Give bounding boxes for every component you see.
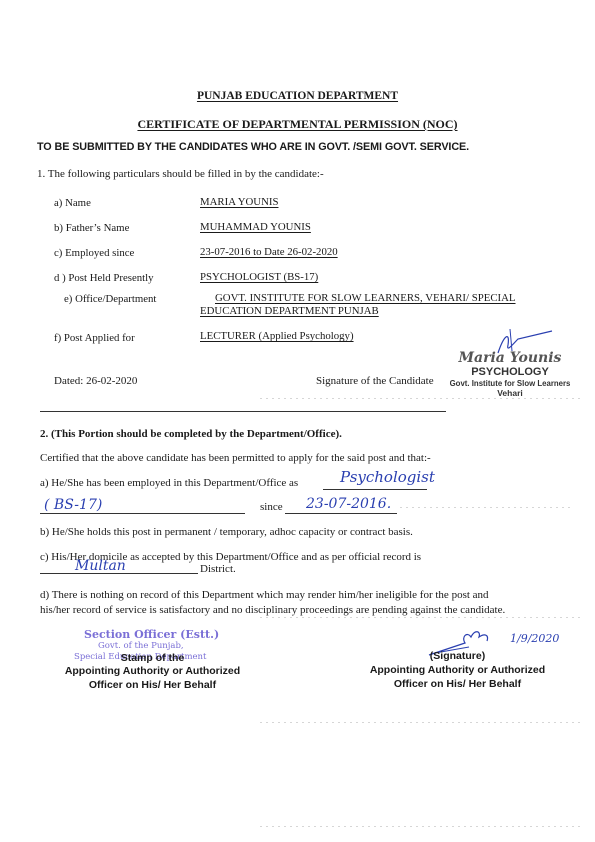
scan-noise: [260, 617, 580, 618]
left-authority-label: Appointing Authority or Authorized: [40, 665, 265, 677]
handwritten-grade: ( BS-17): [44, 497, 102, 513]
handwritten-post: Psychologist: [340, 468, 435, 486]
clause-d-line2: his/her record of service is satisfactor…: [40, 604, 505, 616]
stamp-designation: PSYCHOLOGY: [440, 366, 580, 378]
section2-heading: 2. (This Portion should be completed by …: [40, 428, 342, 440]
field-value-employed-since: 23-07-2016 to Date 26-02-2020: [200, 246, 338, 258]
stamp-institute: Govt. Institute for Slow Learners: [446, 378, 575, 388]
stamp-city: Vehari: [440, 388, 580, 398]
handwritten-date: 23-07-2016.: [306, 496, 391, 512]
field-value-father-name: MUHAMMAD YOUNIS: [200, 221, 311, 233]
submission-subheading: TO BE SUBMITTED BY THE CANDIDATES WHO AR…: [37, 141, 469, 153]
stamp-line-officer: Section Officer (Estt.): [84, 628, 219, 641]
stamp-label: Stamp of the: [40, 652, 265, 664]
field-label-employed-since: c) Employed since: [54, 247, 134, 259]
section-divider: [40, 411, 446, 412]
scan-noise: [260, 722, 580, 723]
field-label-post-applied: f) Post Applied for: [54, 332, 135, 344]
stamp-line-govt: Govt. of the Punjab,: [98, 641, 184, 651]
field-label-office: e) Office/Department: [64, 293, 156, 305]
clause-a-date-line: [285, 513, 397, 514]
district-label: District.: [200, 563, 236, 575]
scan-noise: [260, 398, 580, 399]
certificate-title: CERTIFICATE OF DEPARTMENTAL PERMISSION (…: [0, 117, 595, 132]
clause-a-text: a) He/She has been employed in this Depa…: [40, 477, 298, 489]
field-label-father-name: b) Father’s Name: [54, 222, 129, 234]
clause-a-grade-line: [40, 513, 245, 514]
certified-text: Certified that the above candidate has b…: [40, 452, 431, 464]
scan-noise: [400, 507, 570, 508]
field-value-name: MARIA YOUNIS: [200, 196, 278, 208]
department-title: PUNJAB EDUCATION DEPARTMENT: [0, 90, 595, 102]
field-value-office-line1: GOVT. INSTITUTE FOR SLOW LEARNERS, VEHAR…: [215, 292, 516, 304]
handwritten-district: Multan: [75, 558, 126, 574]
dated-text: Dated: 26-02-2020: [54, 375, 137, 387]
signature-caption: (Signature): [350, 650, 565, 662]
field-label-post-held: d ) Post Held Presently: [54, 272, 154, 284]
field-value-office-line2: EDUCATION DEPARTMENT PUNJAB: [200, 305, 379, 317]
field-label-name: a) Name: [54, 197, 91, 209]
clause-d-line1: d) There is nothing on record of this De…: [40, 589, 489, 601]
signature-label: Signature of the Candidate: [316, 375, 434, 387]
left-officer-label: Officer on His/ Her Behalf: [40, 679, 265, 691]
clause-a-post-line: [323, 489, 427, 490]
clause-b-text: b) He/She holds this post in permanent /…: [40, 526, 413, 538]
right-authority-label: Appointing Authority or Authorized: [350, 664, 565, 676]
field-value-post-held: PSYCHOLOGIST (BS-17): [200, 271, 318, 283]
right-officer-label: Officer on His/ Her Behalf: [350, 678, 565, 690]
section1-intro: 1. The following particulars should be f…: [37, 168, 324, 180]
field-value-post-applied: LECTURER (Applied Psychology): [200, 330, 354, 342]
stamp-name: Maria Younis: [440, 350, 580, 366]
scan-noise: [260, 826, 580, 827]
handwritten-sign-date: 1/9/2020: [510, 632, 559, 645]
since-label: since: [260, 501, 283, 513]
